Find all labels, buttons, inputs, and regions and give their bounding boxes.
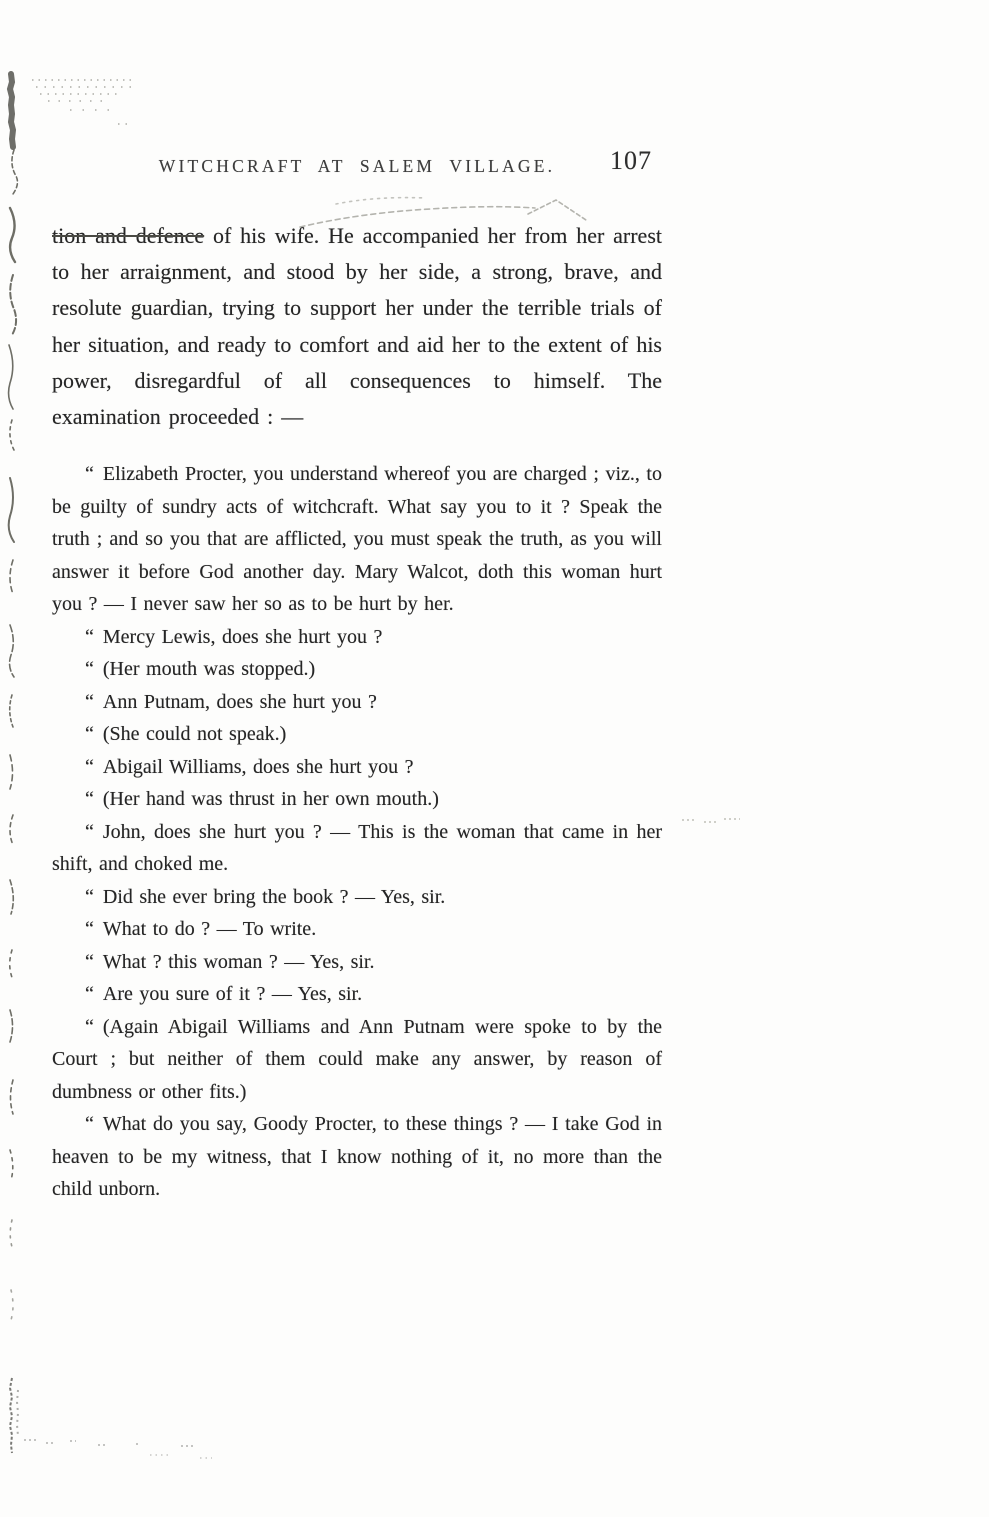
open-quote-mark: “ bbox=[85, 821, 103, 843]
open-quote-mark: “ bbox=[85, 691, 103, 713]
quote-text: (Again Abigail Williams and Ann Putnam w… bbox=[52, 1016, 662, 1103]
examination-quote-block: “Elizabeth Procter, you understand where… bbox=[52, 458, 662, 1206]
open-quote-mark: “ bbox=[85, 756, 103, 778]
binding-edge-top bbox=[10, 74, 13, 147]
narrative-text: of his wife. He accompanied her from her… bbox=[52, 223, 662, 429]
quote-paragraph: “What to do ? — To write. bbox=[52, 913, 662, 946]
quote-text: (She could not speak.) bbox=[103, 723, 286, 745]
quote-text: What to do ? — To write. bbox=[103, 918, 316, 940]
quote-text: What do you say, Goody Procter, to these… bbox=[52, 1113, 662, 1200]
open-quote-mark: “ bbox=[85, 1016, 103, 1038]
page-number: 107 bbox=[610, 146, 652, 176]
quote-text: Are you sure of it ? — Yes, sir. bbox=[103, 983, 362, 1005]
quote-paragraph: “Did she ever bring the book ? — Yes, si… bbox=[52, 881, 662, 914]
struck-through-text: tion and defence bbox=[52, 223, 204, 248]
quote-text: Mercy Lewis, does she hurt you ? bbox=[103, 626, 383, 648]
quote-text: What ? this woman ? — Yes, sir. bbox=[103, 951, 375, 973]
margin-smudge bbox=[682, 819, 740, 822]
open-quote-mark: “ bbox=[85, 723, 103, 745]
running-head: WITCHCRAFT AT SALEM VILLAGE. 107 bbox=[52, 150, 662, 184]
quote-text: Did she ever bring the book ? — Yes, sir… bbox=[103, 886, 445, 908]
quote-paragraph: “What ? this woman ? — Yes, sir. bbox=[52, 946, 662, 979]
quote-paragraph: “Ann Putnam, does she hurt you ? bbox=[52, 686, 662, 719]
quote-paragraph: “Are you sure of it ? — Yes, sir. bbox=[52, 978, 662, 1011]
open-quote-mark: “ bbox=[85, 463, 103, 485]
text-column: WITCHCRAFT AT SALEM VILLAGE. 107 tion an… bbox=[52, 150, 662, 1206]
open-quote-mark: “ bbox=[85, 983, 103, 1005]
open-quote-mark: “ bbox=[85, 886, 103, 908]
quote-paragraph: “(She could not speak.) bbox=[52, 718, 662, 751]
open-quote-mark: “ bbox=[85, 658, 103, 680]
quote-paragraph: “(Her hand was thrust in her own mouth.) bbox=[52, 783, 662, 816]
quote-paragraph: “Elizabeth Procter, you understand where… bbox=[52, 458, 662, 621]
quote-paragraph: “What do you say, Goody Procter, to thes… bbox=[52, 1108, 662, 1206]
scanned-book-page: WITCHCRAFT AT SALEM VILLAGE. 107 tion an… bbox=[0, 0, 989, 1517]
quote-paragraph: “John, does she hurt you ? — This is the… bbox=[52, 816, 662, 881]
open-quote-mark: “ bbox=[85, 626, 103, 648]
quote-text: (Her mouth was stopped.) bbox=[103, 658, 315, 680]
narrative-paragraph: tion and defence of his wife. He accompa… bbox=[52, 218, 662, 435]
quote-text: (Her hand was thrust in her own mouth.) bbox=[103, 788, 439, 810]
open-quote-mark: “ bbox=[85, 1113, 103, 1135]
open-quote-mark: “ bbox=[85, 788, 103, 810]
quote-paragraph: “(Her mouth was stopped.) bbox=[52, 653, 662, 686]
quote-paragraph: “(Again Abigail Williams and Ann Putnam … bbox=[52, 1011, 662, 1109]
quote-text: John, does she hurt you ? — This is the … bbox=[52, 821, 662, 876]
open-quote-mark: “ bbox=[85, 951, 103, 973]
quote-text: Ann Putnam, does she hurt you ? bbox=[103, 691, 377, 713]
quote-text: Elizabeth Procter, you understand whereo… bbox=[52, 463, 662, 615]
quote-text: Abigail Williams, does she hurt you ? bbox=[103, 756, 414, 778]
quote-paragraph: “Abigail Williams, does she hurt you ? bbox=[52, 751, 662, 784]
open-quote-mark: “ bbox=[85, 918, 103, 940]
running-head-title: WITCHCRAFT AT SALEM VILLAGE. bbox=[52, 150, 662, 177]
quote-paragraph: “Mercy Lewis, does she hurt you ? bbox=[52, 621, 662, 654]
